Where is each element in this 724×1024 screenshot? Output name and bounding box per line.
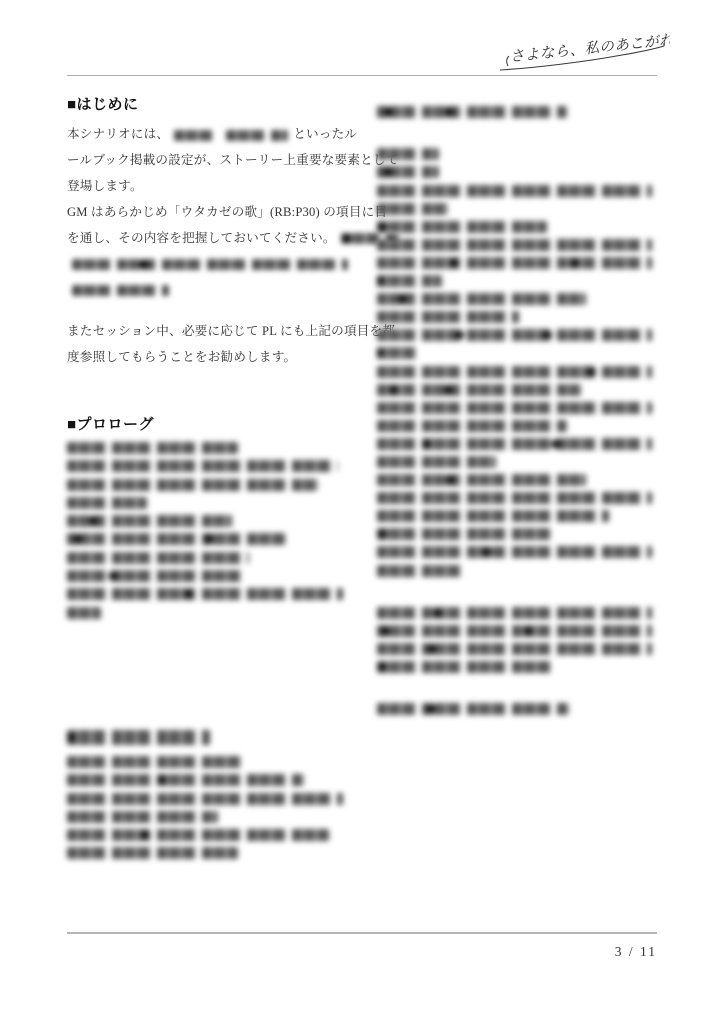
redacted-line [377,474,586,486]
redacted-line [67,588,343,600]
document-page: さよなら、私のあこがれ ■はじめに 本シナリオには、といったルールブック掲載の設… [0,0,724,1024]
redacted-line [377,275,442,287]
text-run: ールブック掲載の設定が、ストーリー上重要な要素として [67,153,399,167]
redacted-heading [67,730,210,745]
redacted-line [377,625,652,637]
redacted-line [377,203,448,215]
redacted-line [377,607,652,619]
redacted-line [377,565,462,577]
redacted-line [67,533,289,545]
text-line: またセッション中、必要に応じて PL にも上記の項目を都 [67,319,352,345]
redacted-line [67,774,304,786]
logo-handwritten-title: さよなら、私のあこがれ [494,26,670,80]
text-line: 登場します。 [67,174,352,200]
redacted-line [377,311,519,323]
paragraph: 本シナリオには、といったルールブック掲載の設定が、ストーリー上重要な要素として登… [67,122,352,200]
redacted-line [377,546,652,558]
footer-rule [67,932,657,934]
redacted-line [377,402,652,414]
text-run: またセッション中、必要に応じて PL にも上記の項目を都 [67,324,395,338]
section-introduction: ■はじめに 本シナリオには、といったルールブック掲載の設定が、ストーリー上重要な… [67,95,352,371]
introduction-body: 本シナリオには、といったルールブック掲載の設定が、ストーリー上重要な要素として登… [67,122,352,371]
redacted-line [377,347,422,359]
redacted-line [67,570,244,582]
redacted-line [377,510,609,522]
redacted-line [67,460,338,472]
redacted-line [67,847,238,859]
redacted-line [377,456,496,468]
redacted-line [67,479,318,491]
redacted-line [67,793,343,805]
redacted-line [377,528,550,540]
redacted-line [67,756,247,768]
redacted-line [67,811,218,823]
section-redacted [67,730,352,866]
paragraph: またセッション中、必要に応じて PL にも上記の項目を都度参照してもらうことをお… [67,319,352,371]
text-line [67,277,352,303]
redacted-line [377,239,652,251]
right-column-redacted [377,100,660,722]
text-line [67,251,352,277]
text-line: GM はあらかじめ「ウタカゼの歌」(RB:P30) の項目に目 [67,200,352,226]
redacted-line [377,492,652,504]
redacted-inline [72,285,169,296]
redacted-line [377,185,652,197]
text-line: ールブック掲載の設定が、ストーリー上重要な要素として [67,148,352,174]
redacted-line [67,552,249,564]
header-rule [67,75,657,76]
redacted-line [377,438,652,450]
section-heading-introduction: ■はじめに [67,95,352,115]
text-run: GM はあらかじめ「ウタカゼの歌」(RB:P30) の項目に目 [67,205,387,219]
paragraph: GM はあらかじめ「ウタカゼの歌」(RB:P30) の項目に目を通し、その内容を… [67,200,352,304]
page-number: 3 / 11 [517,944,657,960]
logo-start-flourish [507,56,509,66]
redacted-line [377,148,439,160]
redacted-line [67,442,238,454]
redacted-line [67,607,101,619]
text-line: 本シナリオには、といったル [67,122,352,148]
redacted-line [67,829,329,841]
redacted-line [377,221,547,233]
redacted-line [377,366,652,378]
redacted-line [377,166,439,178]
redacted-line [377,643,652,655]
text-run: 登場します。 [67,179,143,193]
redacted-line [67,497,147,509]
text-line: を通し、その内容を把握しておいてください。 [67,226,352,252]
redacted-line [377,106,567,118]
redacted-inline [174,130,216,141]
redacted-line [377,384,581,396]
redacted-line [377,257,652,269]
redacted-inline [226,130,288,141]
text-run: 度参照してもらうことをお勧めします。 [67,350,296,364]
section-prologue: ■プロローグ [67,415,352,625]
redacted-line [377,420,567,432]
redacted-line [377,661,552,673]
text-run: 本シナリオには、 [67,127,169,141]
redacted-section-body [67,730,352,859]
redacted-line [377,703,569,715]
redacted-line [67,515,232,527]
text-line: 度参照してもらうことをお勧めします。 [67,345,352,371]
redacted-inline [72,259,348,270]
redacted-line [377,293,586,305]
redacted-line [377,329,652,341]
prologue-redacted-body [67,442,352,619]
text-run: を通し、その内容を把握しておいてください。 [67,231,336,245]
section-heading-prologue: ■プロローグ [67,415,352,435]
text-run: といったル [293,127,357,141]
